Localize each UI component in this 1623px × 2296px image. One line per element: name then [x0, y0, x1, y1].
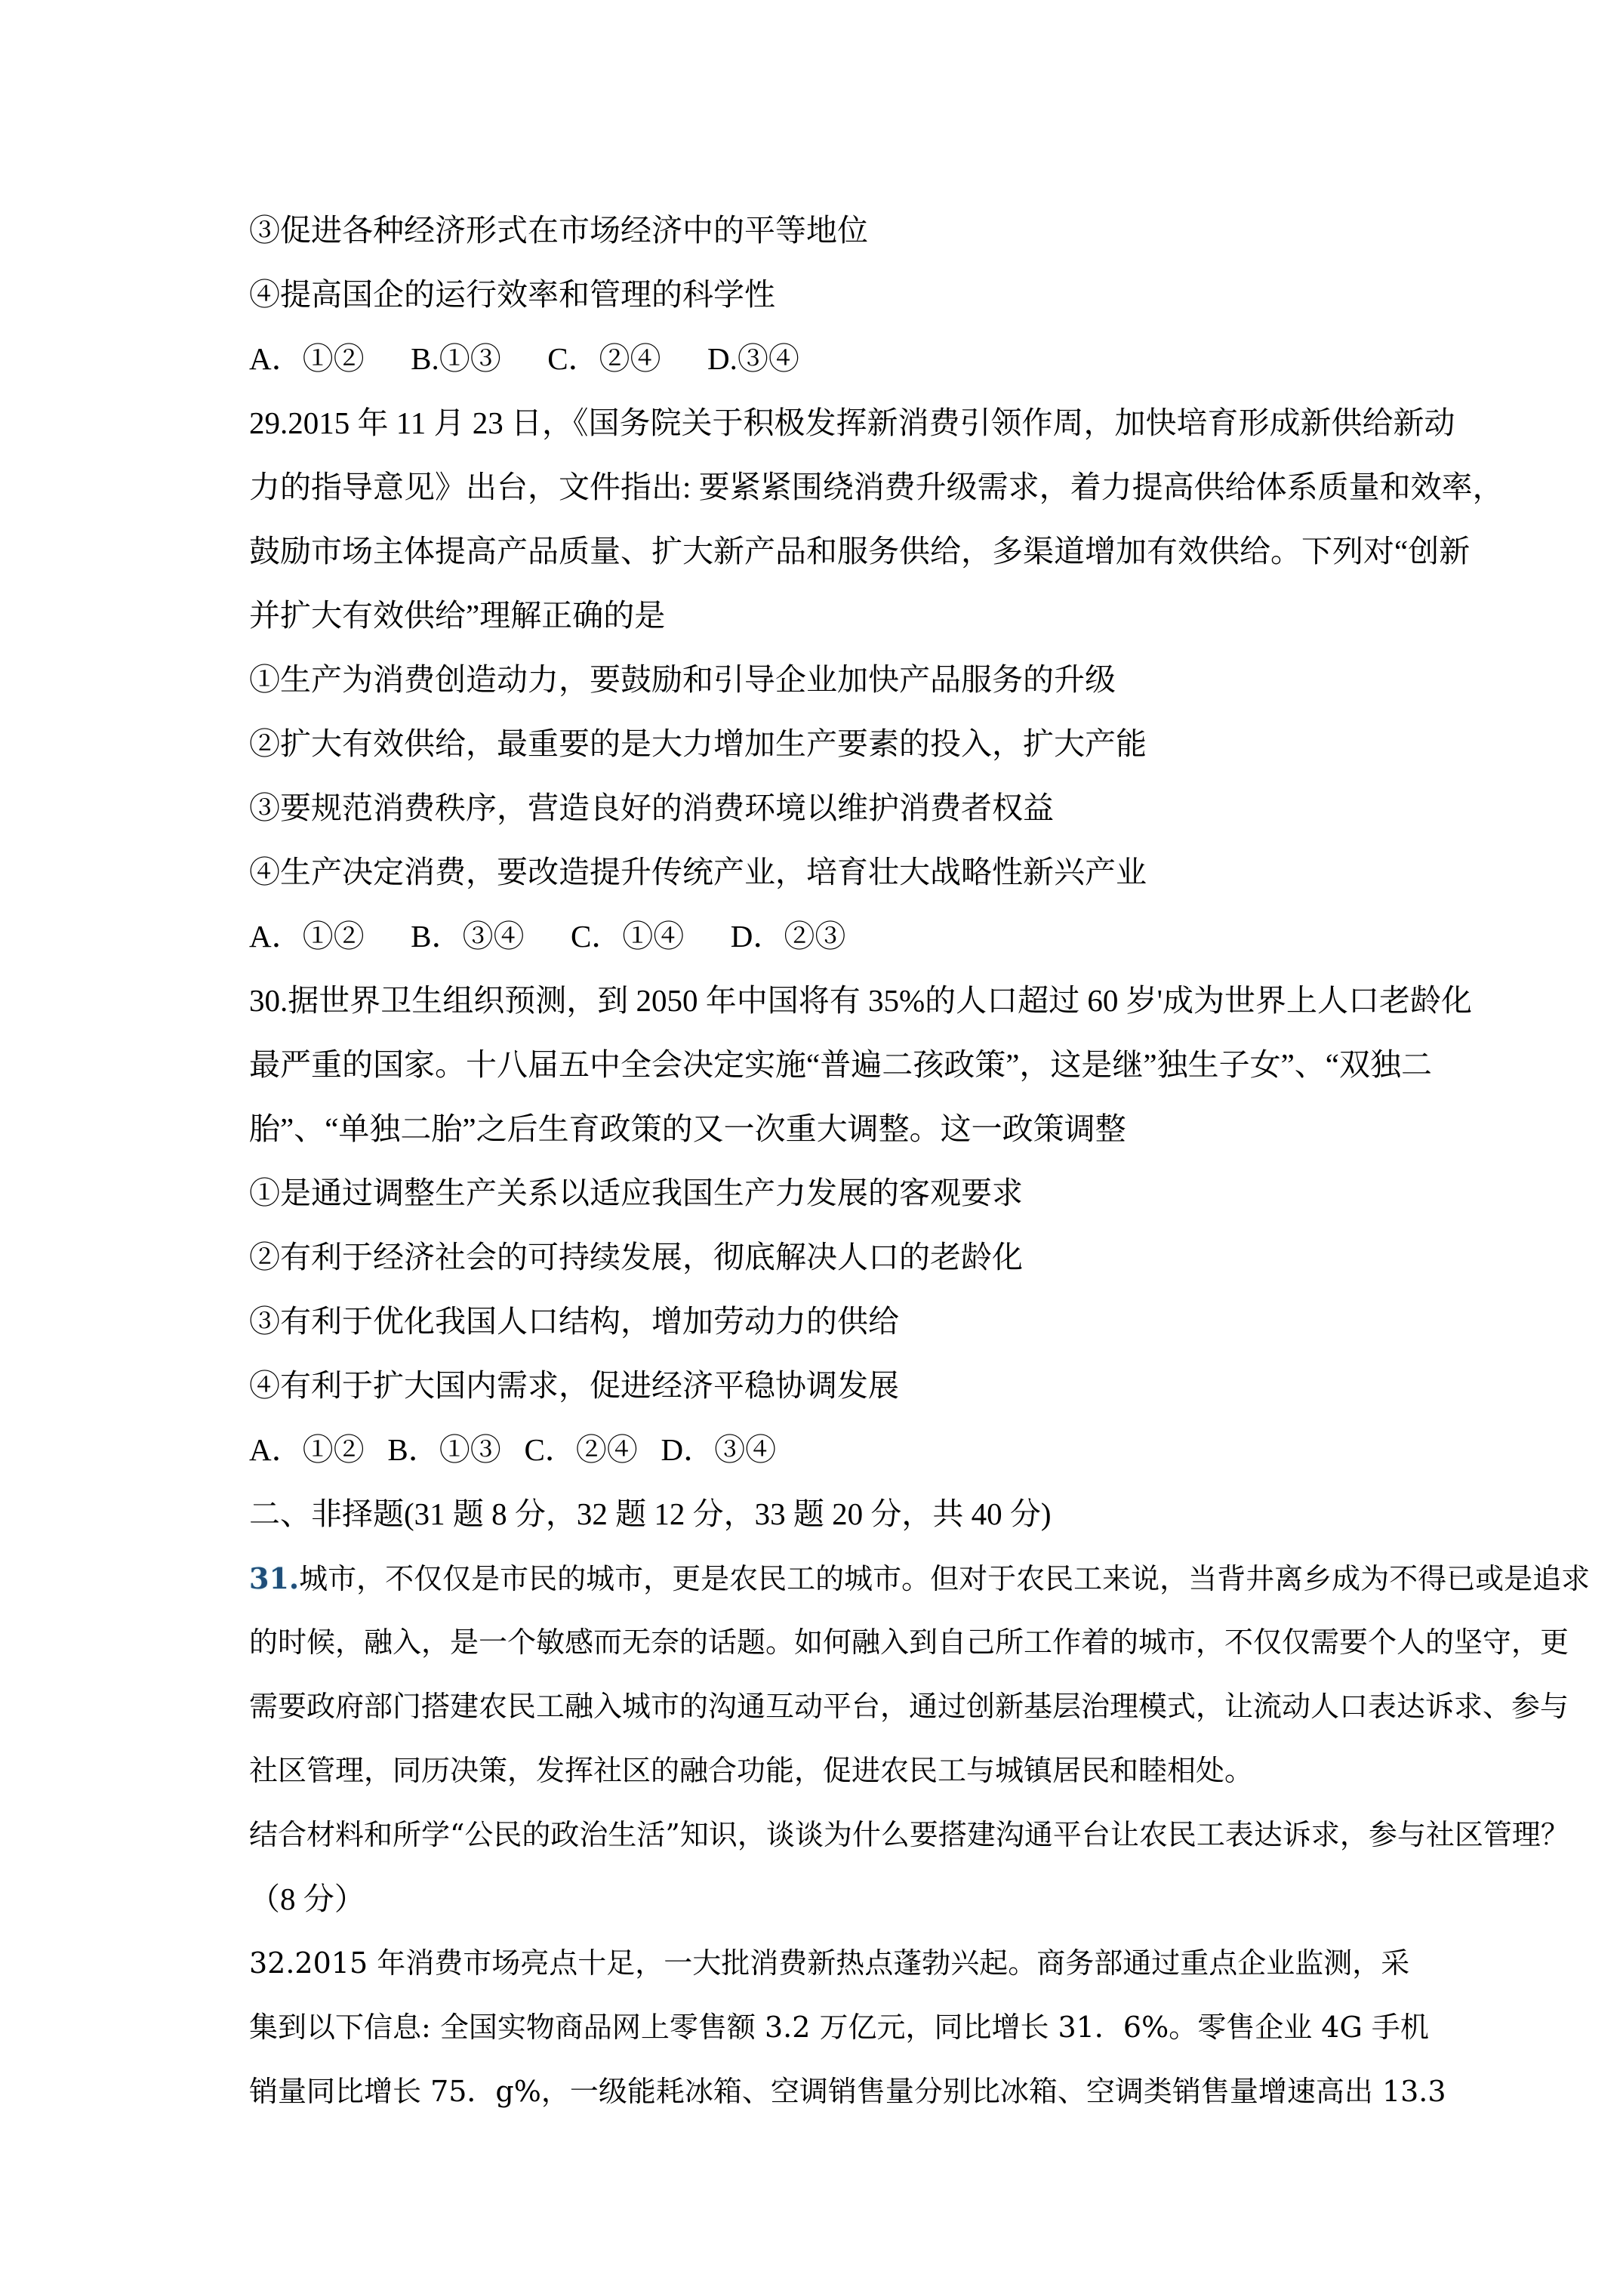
q29-option-1: ①生产为消费创造动力，要鼓励和引导企业加快产品服务的升级: [249, 648, 1578, 712]
q29-stem-2: 力的指导意见》出台，文件指出: 要紧紧围绕消费升级需求，着力提高供给体系质量和效…: [249, 455, 1578, 519]
q30-stem-3: 胎”、“单独二胎”之后生育政策的又一次重大调整。这一政策调整: [249, 1097, 1578, 1161]
q30-stem-2: 最严重的国家。十八届五中全会决定实施“普遍二孩政策”，这是继”独生子女”、“双独…: [249, 1033, 1578, 1097]
q30-stem-1: 30.据世界卫生组织预测，到 2050 年中国将有 35%的人口超过 60 岁'…: [249, 969, 1578, 1033]
q30-option-4: ④有利于扩大国内需求，促进经济平稳协调发展: [249, 1354, 1578, 1418]
q32-stem-1: 32.2015 年消费市场亮点十足，一大批消费新热点蓬勃兴起。商务部通过重点企业…: [249, 1931, 1578, 1996]
q31-stem-3: 需要政府部门搭建农民工融入城市的沟通互动平台，通过创新基层治理模式，让流动人口表…: [249, 1675, 1578, 1739]
q31-number: 31.: [249, 1561, 299, 1595]
q29-option-4: ④生产决定消费，要改造提升传统产业，培育壮大战略性新兴产业: [249, 840, 1578, 905]
q28-option-3: ③促进各种经济形式在市场经济中的平等地位: [249, 199, 1578, 263]
q30-option-2: ②有利于经济社会的可持续发展，彻底解决人口的老龄化: [249, 1225, 1578, 1290]
q32-stem-2: 集到以下信息: 全国实物商品网上零售额 3.2 万亿元，同比增长 31．6%。零…: [249, 1996, 1578, 2060]
q29-option-3: ③要规范消费秩序，营造良好的消费环境以维护消费者权益: [249, 776, 1578, 840]
q31-stem-1: 31.城市，不仅仅是市民的城市，更是农民工的城市。但对于农民工来说，当背井离乡成…: [249, 1546, 1578, 1610]
exam-text: ③促进各种经济形式在市场经济中的平等地位 ④提高国企的运行效率和管理的科学性 A…: [249, 199, 1578, 2124]
q30-option-3: ③有利于优化我国人口结构，增加劳动力的供给: [249, 1290, 1578, 1354]
q32-stem-3: 销量同比增长 75．g%，一级能耗冰箱、空调销售量分别比冰箱、空调类销售量增速高…: [249, 2060, 1578, 2124]
q28-choices: A．①② B.①③ C．②④ D.③④: [249, 327, 1578, 391]
document-page: ③促进各种经济形式在市场经济中的平等地位 ④提高国企的运行效率和管理的科学性 A…: [0, 0, 1623, 2296]
q28-option-4: ④提高国企的运行效率和管理的科学性: [249, 263, 1578, 327]
q29-choices: A．①② B．③④ C．①④ D．②③: [249, 905, 1578, 969]
q29-option-2: ②扩大有效供给，最重要的是大力增加生产要素的投入，扩大产能: [249, 712, 1578, 776]
q31-question: 结合材料和所学“公民的政治生活”知识，谈谈为什么要搭建沟通平台让农民工表达诉求，…: [249, 1803, 1578, 1867]
q31-stem-4: 社区管理，同历决策，发挥社区的融合功能，促进农民工与城镇居民和睦相处。: [249, 1739, 1578, 1803]
q31-stem-2: 的时候，融入，是一个敏感而无奈的话题。如何融入到自己所工作着的城市，不仅仅需要个…: [249, 1610, 1578, 1675]
q29-stem-3: 鼓励市场主体提高产品质量、扩大新产品和服务供给，多渠道增加有效供给。下列对“创新: [249, 519, 1578, 584]
q29-stem-1: 29.2015 年 11 月 23 日，《国务院关于积极发挥新消费引领作周，加快…: [249, 391, 1578, 455]
q31-points: （8 分）: [249, 1867, 1578, 1931]
q31-stem-1-text: 城市，不仅仅是市民的城市，更是农民工的城市。但对于农民工来说，当背井离乡成为不得…: [299, 1562, 1590, 1595]
q30-option-1: ①是通过调整生产关系以适应我国生产力发展的客观要求: [249, 1161, 1578, 1225]
q29-stem-4: 并扩大有效供给”理解正确的是: [249, 584, 1578, 648]
section2-header: 二、非择题(31 题 8 分，32 题 12 分，33 题 20 分，共 40 …: [249, 1482, 1578, 1546]
q30-choices: A．①② B．①③ C．②④ D．③④: [249, 1418, 1578, 1482]
